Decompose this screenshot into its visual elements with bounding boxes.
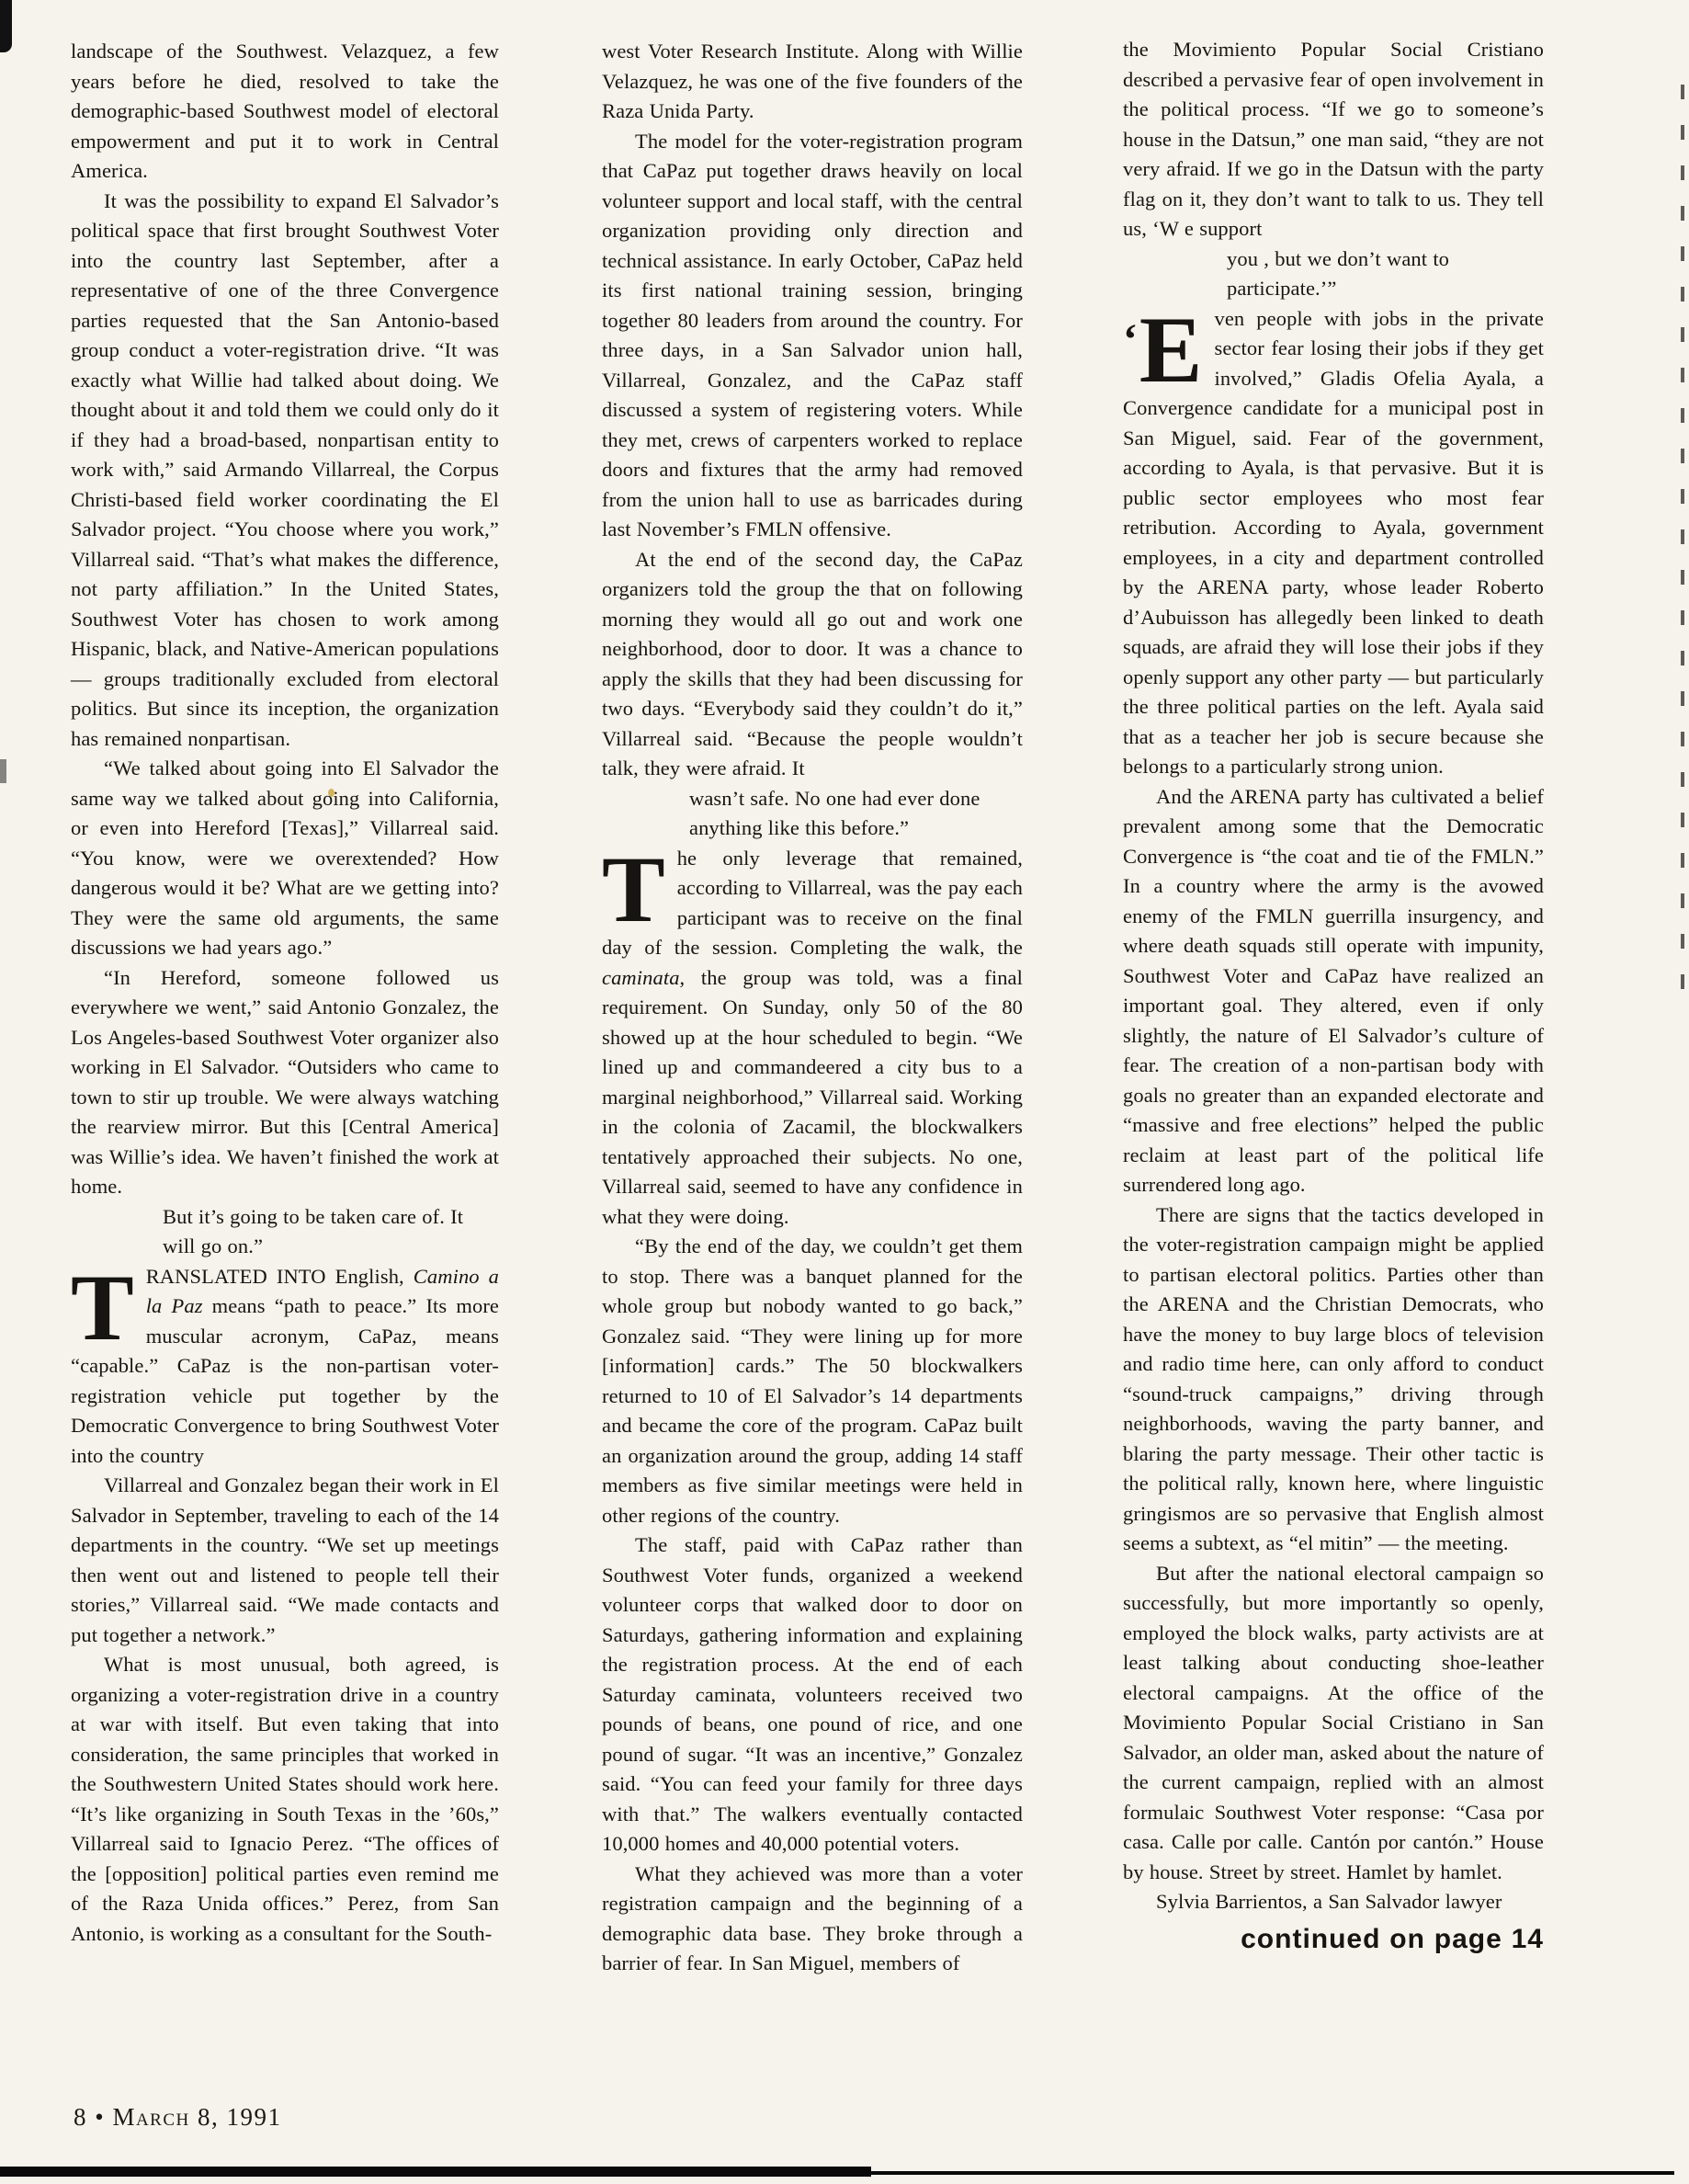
paragraph: you , but we don’t want to participate.’… bbox=[1123, 245, 1544, 304]
paragraph: west Voter Research Institute. Along wit… bbox=[602, 37, 1023, 127]
drop-cap: T bbox=[602, 844, 677, 928]
paragraph: There are signs that the tactics develop… bbox=[1123, 1200, 1544, 1559]
paragraph: The only leverage that remained, accordi… bbox=[602, 844, 1023, 1233]
scan-artifact-corner bbox=[0, 0, 12, 52]
paragraph: the Movimiento Popular Social Cristiano … bbox=[1123, 35, 1544, 245]
scan-artifact-left-dash bbox=[0, 759, 6, 783]
paragraph: TRANSLATED INTO English, Camino a la Paz… bbox=[71, 1262, 499, 1472]
continued-notice: continued on page 14 bbox=[1123, 1917, 1544, 1955]
paragraph: And the ARENA party has cultivated a bel… bbox=[1123, 782, 1544, 1200]
paragraph: “In Hereford, someone followed us everyw… bbox=[71, 963, 499, 1202]
magazine-page: landscape of the Southwest. Velazquez, a… bbox=[0, 0, 1689, 2184]
paragraph: ‘Even people with jobs in the private se… bbox=[1123, 304, 1544, 782]
article-column-1: landscape of the Southwest. Velazquez, a… bbox=[71, 37, 499, 1949]
article-column-3: the Movimiento Popular Social Cristiano … bbox=[1123, 35, 1544, 1954]
scan-artifact-right-edge bbox=[1681, 85, 1684, 999]
paragraph: The model for the voter-registration pro… bbox=[602, 127, 1023, 545]
drop-cap: T bbox=[71, 1262, 146, 1347]
article-column-2: west Voter Research Institute. Along wit… bbox=[602, 37, 1023, 1979]
paragraph: What is most unusual, both agreed, is or… bbox=[71, 1650, 499, 1949]
scan-artifact-bottom-bar-thin bbox=[871, 2171, 1674, 2175]
paragraph: Sylvia Barrientos, a San Salvador lawyer bbox=[1123, 1887, 1544, 1917]
paragraph: “We talked about going into El Salvador … bbox=[71, 754, 499, 963]
drop-cap: ‘E bbox=[1123, 304, 1214, 389]
page-folio: 8 • March 8, 1991 bbox=[74, 2103, 282, 2132]
paragraph: wasn’t safe. No one had ever done anythi… bbox=[602, 784, 1023, 844]
paragraph: But it’s going to be taken care of. It w… bbox=[71, 1202, 499, 1262]
paragraph: It was the possibility to expand El Salv… bbox=[71, 187, 499, 755]
paragraph: What they achieved was more than a voter… bbox=[602, 1860, 1023, 1979]
paragraph: “By the end of the day, we couldn’t get … bbox=[602, 1232, 1023, 1530]
paragraph: The staff, paid with CaPaz rather than S… bbox=[602, 1530, 1023, 1860]
paragraph: landscape of the Southwest. Velazquez, a… bbox=[71, 37, 499, 187]
paragraph: At the end of the second day, the CaPaz … bbox=[602, 545, 1023, 784]
scan-artifact-bottom-bar-thick bbox=[0, 2167, 871, 2177]
paragraph: Villarreal and Gonzalez began their work… bbox=[71, 1471, 499, 1650]
paragraph: But after the national electoral campaig… bbox=[1123, 1559, 1544, 1888]
